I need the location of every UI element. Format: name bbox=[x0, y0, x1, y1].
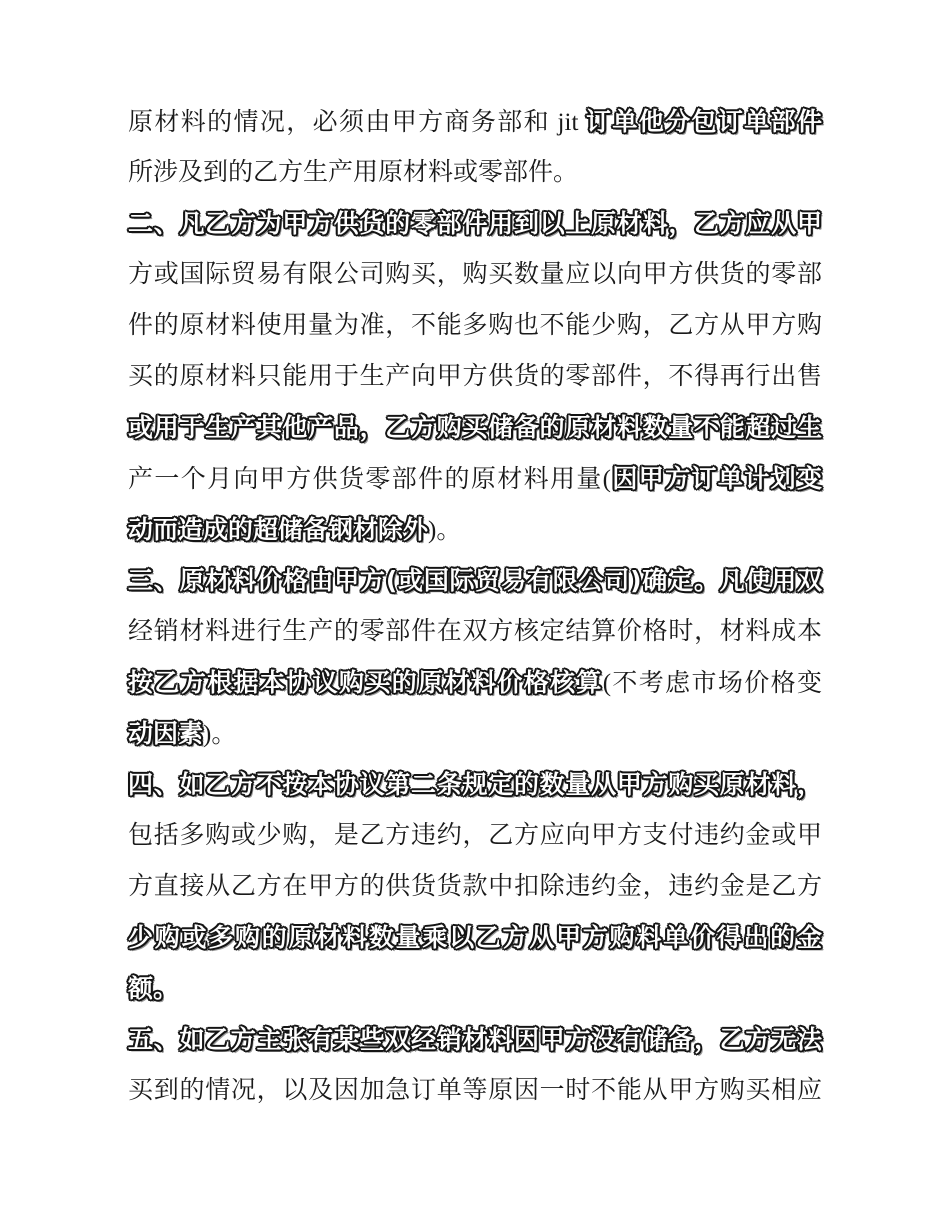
document-page: 原材料的情况，必须由甲方商务部和 jit 订单他分包订单部件所涉及到的乙方生产用… bbox=[0, 0, 950, 1229]
text-line: 经销材料进行生产的零部件在双方核定结算价格时，材料成本 bbox=[128, 606, 822, 657]
text-run-regular: 买的原材料只能用于生产向甲方供货的零部件，不得再行出售 bbox=[128, 363, 822, 390]
text-run-outline: 四、如乙方不按本协议第二条规定的数量从甲方购买原材料， bbox=[128, 770, 822, 799]
text-run-regular: 方直接从乙方在甲方的供货货款中扣除违约金，违约金是乙方 bbox=[128, 873, 822, 900]
text-run-regular: 包括多购或少购，是乙方违约，乙方应向甲方支付违约金或甲 bbox=[128, 822, 822, 849]
text-run-regular: 方或国际贸易有限公司购买，购买数量应以向甲方供货的零部 bbox=[128, 261, 822, 288]
text-run-regular: 买到的情况，以及因加急订单等原因一时不能从甲方购买相应 bbox=[128, 1077, 822, 1104]
text-line: 原材料的情况，必须由甲方商务部和 jit 订单他分包订单部件 bbox=[128, 96, 822, 147]
text-line: 四、如乙方不按本协议第二条规定的数量从甲方购买原材料， bbox=[128, 759, 822, 810]
text-run-outline: 二、凡乙方为甲方供货的零部件用到以上原材料，乙方应从甲 bbox=[128, 209, 822, 238]
text-run-outline: 按乙方根据本协议购买的原材料价格核算 bbox=[128, 668, 603, 697]
text-line: 二、凡乙方为甲方供货的零部件用到以上原材料，乙方应从甲 bbox=[128, 198, 822, 249]
text-line: 产一个月向甲方供货零部件的原材料用量(因甲方订单计划变 bbox=[128, 453, 822, 504]
text-line: 所涉及到的乙方生产用原材料或零部件。 bbox=[128, 147, 822, 198]
text-line: 三、原材料价格由甲方(或国际贸易有限公司)确定。凡使用双 bbox=[128, 555, 822, 606]
text-line: 方或国际贸易有限公司购买，购买数量应以向甲方供货的零部 bbox=[128, 249, 822, 300]
text-run-outline: 额。 bbox=[128, 974, 178, 1003]
text-run-regular: )。 bbox=[203, 721, 236, 748]
text-run-regular: )。 bbox=[428, 517, 461, 544]
text-run-outline: 三、原材料价格由甲方(或国际贸易有限公司)确定。凡使用双 bbox=[128, 566, 822, 595]
text-run-outline: 或用于生产其他产品，乙方购买储备的原材料数量不能超过生 bbox=[128, 413, 822, 442]
text-line: 按乙方根据本协议购买的原材料价格核算(不考虑市场价格变 bbox=[128, 657, 822, 708]
text-line: 买到的情况，以及因加急订单等原因一时不能从甲方购买相应 bbox=[128, 1065, 822, 1116]
text-run-regular: 所涉及到的乙方生产用原材料或零部件。 bbox=[128, 159, 578, 186]
text-line: 五、如乙方主张有某些双经销材料因甲方没有储备，乙方无法 bbox=[128, 1014, 822, 1065]
text-line: 方直接从乙方在甲方的供货货款中扣除违约金，违约金是乙方 bbox=[128, 861, 822, 912]
text-line: 少购或多购的原材料数量乘以乙方从甲方购料单价得出的金 bbox=[128, 912, 822, 963]
text-run-outline: 少购或多购的原材料数量乘以乙方从甲方购料单价得出的金 bbox=[128, 923, 822, 952]
text-run-outline: 动而造成的超储备钢材除外 bbox=[128, 515, 428, 544]
text-run-outline: 因甲方订单计划变 bbox=[611, 464, 822, 493]
text-line: 买的原材料只能用于生产向甲方供货的零部件，不得再行出售 bbox=[128, 351, 822, 402]
text-run-regular: 原材料的情况，必须由甲方商务部和 jit bbox=[128, 109, 586, 136]
text-line: 包括多购或少购，是乙方违约，乙方应向甲方支付违约金或甲 bbox=[128, 810, 822, 861]
document-lines: 原材料的情况，必须由甲方商务部和 jit 订单他分包订单部件所涉及到的乙方生产用… bbox=[128, 96, 822, 1116]
text-line: 动而造成的超储备钢材除外)。 bbox=[128, 504, 822, 555]
text-line: 动因素)。 bbox=[128, 708, 822, 759]
text-run-regular: (不考虑市场价格变 bbox=[603, 670, 822, 697]
text-run-regular: 产一个月向甲方供货零部件的原材料用量( bbox=[128, 466, 611, 493]
text-line: 件的原材料使用量为准，不能多购也不能少购，乙方从甲方购 bbox=[128, 300, 822, 351]
text-run-regular: 经销材料进行生产的零部件在双方核定结算价格时，材料成本 bbox=[128, 618, 822, 645]
text-run-outline: 五、如乙方主张有某些双经销材料因甲方没有储备，乙方无法 bbox=[128, 1025, 822, 1054]
text-run-outline: 动因素 bbox=[128, 719, 203, 748]
text-run-outline: 订单他分包订单部件 bbox=[586, 107, 822, 136]
text-line: 额。 bbox=[128, 963, 822, 1014]
text-line: 或用于生产其他产品，乙方购买储备的原材料数量不能超过生 bbox=[128, 402, 822, 453]
text-run-regular: 件的原材料使用量为准，不能多购也不能少购，乙方从甲方购 bbox=[128, 312, 822, 339]
